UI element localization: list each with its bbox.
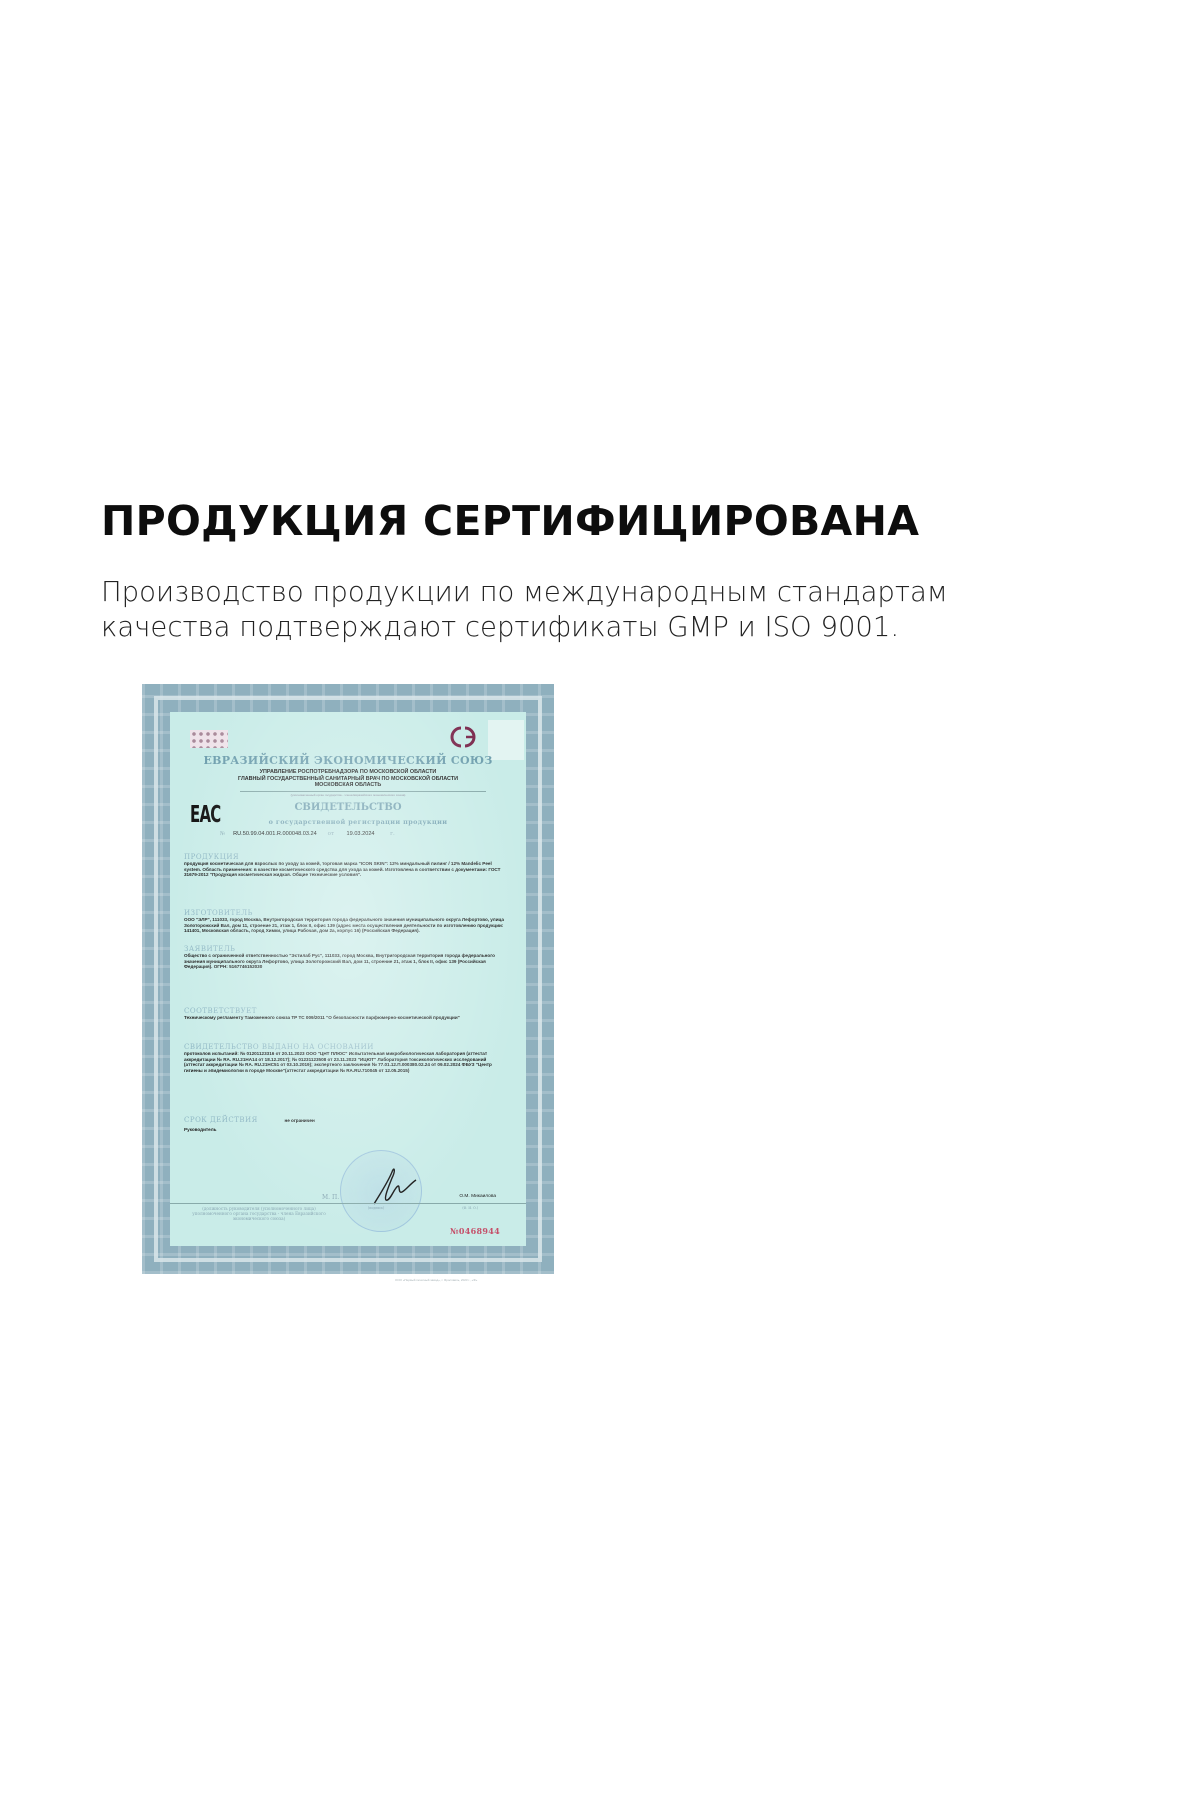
certificate-body: ЕВРАЗИЙСКИЙ ЭКОНОМИЧЕСКИЙ СОЮЗ УПРАВЛЕНИ…	[170, 712, 526, 1246]
number-label: №	[220, 831, 225, 837]
authority-line: ГЛАВНЫЙ ГОСУДАРСТВЕННЫЙ САНИТАРНЫЙ ВРАЧ …	[170, 776, 526, 783]
section-title: ИЗГОТОВИТЕЛЬ	[184, 910, 508, 917]
section-body: Общество с ограниченной ответственностью…	[184, 953, 508, 970]
issuing-authority: УПРАВЛЕНИЕ РОСПОТРЕБНАДЗОРА ПО МОСКОВСКО…	[170, 769, 526, 789]
date-label: от	[328, 831, 334, 837]
validity-row: СРОК ДЕЙСТВИЯ не ограничен Руководитель	[184, 1109, 508, 1133]
page-subtitle: Производство продукции по международным …	[101, 575, 961, 645]
page-title: ПРОДУКЦИЯ СЕРТИФИЦИРОВАНА	[101, 497, 919, 545]
section-title: СВИДЕТЕЛЬСТВО ВЫДАНО НА ОСНОВАНИИ	[184, 1044, 508, 1051]
section-manufacturer: ИЗГОТОВИТЕЛЬ ООО "ЭЛР", 111033, город Мо…	[184, 910, 508, 934]
position-caption: (должность руководителя (уполномоченного…	[184, 1206, 334, 1221]
document-subtitle: о государственной регистрации продукции	[190, 818, 526, 826]
seal-label: М. П.	[322, 1194, 339, 1201]
authority-note: (уполномоченный орган государства - член…	[170, 793, 526, 797]
signer-name: О.М. Микаилова	[459, 1194, 496, 1199]
document-title: СВИДЕТЕЛЬСТВО	[170, 802, 526, 813]
section-body: ООО "ЭЛР", 111033, город Москва, Внутриг…	[184, 917, 508, 934]
authority-line: МОСКОВСКАЯ ОБЛАСТЬ	[170, 782, 526, 789]
serial-number: №0468944	[450, 1226, 500, 1236]
section-title: ЗАЯВИТЕЛЬ	[184, 946, 508, 953]
validity-label: СРОК ДЕЙСТВИЯ	[184, 1116, 258, 1124]
section-product: ПРОДУКЦИЯ продукция косметическая для вз…	[184, 854, 508, 878]
section-title: СООТВЕТСТВУЕТ	[184, 1008, 508, 1015]
registration-number-row: № RU.50.99.04.001.R.000048.03.24 от 19.0…	[220, 831, 395, 837]
signature-line	[170, 1203, 526, 1204]
section-body: продукция косметическая для взрослых по …	[184, 861, 508, 878]
validity-value: не ограничен	[284, 1118, 314, 1123]
head-label: Руководитель	[184, 1127, 508, 1133]
year-suffix: г.	[390, 831, 395, 837]
signer-caption: (Ф. И. О.)	[462, 1206, 478, 1210]
registration-certificate-image: ЕВРАЗИЙСКИЙ ЭКОНОМИЧЕСКИЙ СОЮЗ УПРАВЛЕНИ…	[142, 684, 554, 1274]
section-applicant: ЗАЯВИТЕЛЬ Общество с ограниченной ответс…	[184, 946, 508, 970]
registration-date: 19.03.2024	[347, 831, 375, 837]
se-monogram-icon	[444, 724, 482, 750]
section-compliance: СООТВЕТСТВУЕТ Техническому регламенту Та…	[184, 1008, 508, 1021]
authority-line: УПРАВЛЕНИЕ РОСПОТРЕБНАДЗОРА ПО МОСКОВСКО…	[170, 769, 526, 776]
section-body: протоколов испытаний: № 01201123316 от 2…	[184, 1051, 508, 1073]
section-body: Техническому регламенту Таможенного союз…	[184, 1015, 508, 1021]
hologram-icon	[190, 730, 228, 748]
union-title: ЕВРАЗИЙСКИЙ ЭКОНОМИЧЕСКИЙ СОЮЗ	[170, 754, 526, 767]
signature-caption: (подпись)	[368, 1206, 384, 1210]
section-basis: СВИДЕТЕЛЬСТВО ВЫДАНО НА ОСНОВАНИИ проток…	[184, 1044, 508, 1073]
divider	[240, 791, 486, 792]
registration-number: RU.50.99.04.001.R.000048.03.24	[233, 831, 317, 837]
section-title: ПРОДУКЦИЯ	[184, 854, 508, 861]
printer-note: ООО «Первый печатный завод», г. Ярославл…	[395, 1278, 477, 1282]
